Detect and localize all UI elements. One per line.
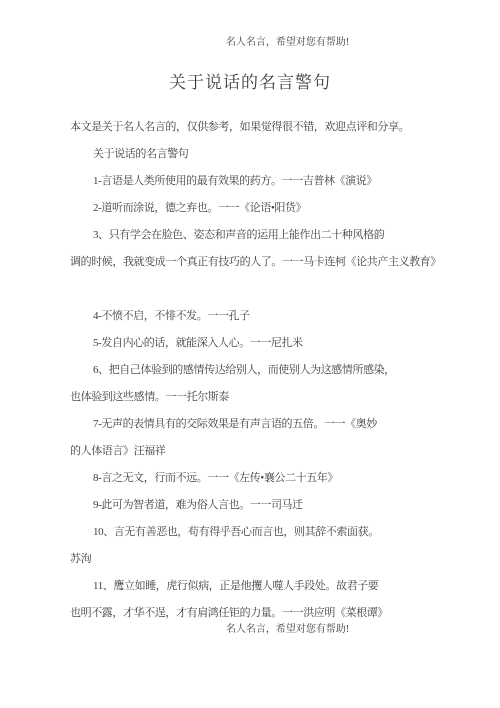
document-page: 名人名言，希望对您有帮助! 关于说话的名言警句 本文是关于名人名言的，仅供参考，… (0, 0, 500, 708)
text-line: 1-言语是人类所使用的最有效果的药方。一一吉普林《演说》 (70, 166, 450, 193)
text-line: 5-发自内心的话，就能深入人心。一一尼扎米 (70, 328, 450, 355)
text-line: 2-道听而涂说，德之弃也。一一《论语•阳货》 (70, 193, 450, 220)
page-footer: 名人名言，希望对您有帮助! (0, 620, 500, 635)
text-line: 6、把自己体验到的感情传达给别人，而使别人为这感情所感染， (70, 355, 450, 382)
text-line: 11、鹰立如睡，虎行似病，正是他攫人噬人手段处。故君子要 (70, 571, 450, 598)
text-line: 9-此可为智者道，难为俗人言也。一一司马迁 (70, 490, 450, 517)
text-line: 苏洵 (70, 544, 450, 571)
text-line: 关于说话的名言警句 (70, 139, 450, 166)
text-line: 的人体语言》汪福祥 (70, 436, 450, 463)
text-line: 10、言无有善恶也，苟有得乎吾心而言也，则其辞不索面获。 (70, 517, 450, 544)
page-title: 关于说话的名言警句 (0, 68, 500, 93)
text-line: 也体验到这些感情。一一托尔斯泰 (70, 382, 450, 409)
text-line: 4-不愤不启，不悱不发。一一孔子 (70, 301, 450, 328)
text-line: 8-言之无文，行而不远。一一《左传•襄公二十五年》 (70, 463, 450, 490)
text-line: 本文是关于名人名言的，仅供参考，如果觉得很不错，欢迎点评和分享。 (70, 112, 450, 139)
text-line: 7-无声的表情具有的交际效果是有声言语的五倍。一一《奥妙 (70, 409, 450, 436)
page-header: 名人名言，希望对您有帮助! (0, 33, 500, 48)
text-line (70, 274, 450, 301)
text-line: 3、只有学会在脸色、姿态和声音的运用上能作出二十种风格韵 (70, 220, 450, 247)
document-body: 本文是关于名人名言的，仅供参考，如果觉得很不错，欢迎点评和分享。关于说话的名言警… (70, 112, 450, 625)
text-line: 调的时候，我就变成一个真正有技巧的人了。一一马卡连柯《论共产主义教育》 (70, 247, 450, 274)
